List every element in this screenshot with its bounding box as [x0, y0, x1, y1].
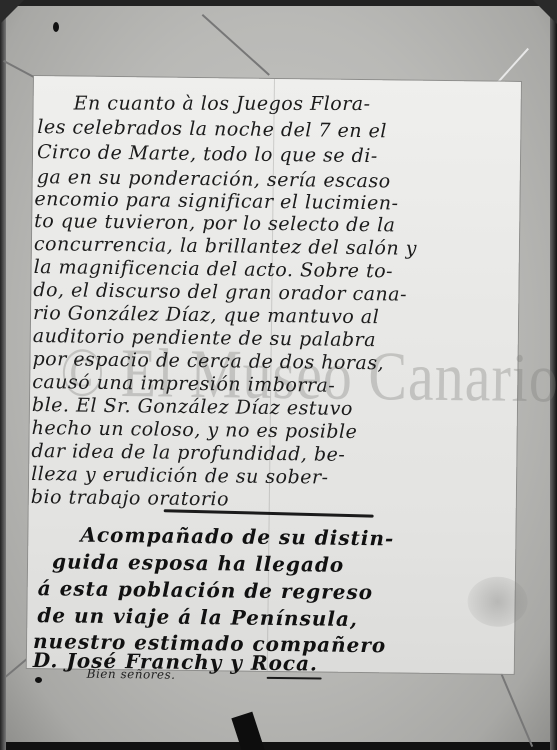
text-line: to que tuvieron, por lo selecto de la — [34, 210, 396, 236]
text-line: hecho un coloso, y no es posible — [32, 417, 358, 443]
text-line: bio trabajo oratorio — [31, 486, 229, 510]
pin-bottom-left — [5, 658, 27, 677]
text-line: auditorio pendiente de su palabra — [33, 325, 376, 351]
ink-blot-bottom — [35, 677, 42, 683]
text-line: por espacio de cerca de dos horas, — [32, 348, 384, 374]
text-line: de un viaje á la Península, — [37, 603, 358, 631]
text-line: á esta población de regreso — [38, 576, 374, 604]
text-line: Circo de Marte, todo lo que se di- — [37, 141, 378, 167]
text-line: rio González Díaz, que mantuvo al — [33, 302, 379, 328]
pin-top-left — [3, 60, 37, 79]
plate-edge-bottom — [0, 742, 557, 750]
text-line: Acompañado de su distin- — [80, 523, 394, 551]
text-line: causó una impresión imborra- — [32, 371, 335, 397]
text-line: la magnificencia del acto. Sobre to- — [34, 256, 394, 282]
text-line: lleza y erudición de su sober- — [31, 463, 329, 489]
plate-edge-left — [0, 0, 6, 750]
text-line: En cuanto à los Juegos Flora- — [74, 92, 371, 115]
pin-top-center — [202, 14, 270, 75]
ink-blot-top — [53, 22, 59, 32]
plate-edge-top — [0, 0, 557, 6]
text-line: les celebrados la noche del 7 en el — [37, 116, 387, 142]
manuscript-sheet: © El Museo Canario En cuanto à los Juego… — [27, 76, 521, 674]
paper-stain — [467, 576, 528, 627]
plate-corner-top-left — [0, 0, 24, 24]
margin-annotation: Bien señores. — [87, 667, 176, 682]
text-line: concurrencia, la brillantez del salón y — [34, 233, 417, 260]
text-line: guida esposa ha llegado — [52, 549, 344, 577]
text-line: dar idea de la profundidad, be- — [31, 440, 345, 466]
text-line: do, el discurso del gran orador cana- — [33, 279, 407, 306]
pin-bottom-right — [499, 668, 534, 747]
text-line: ble. El Sr. González Díaz estuvo — [32, 394, 353, 420]
plate-corner-top-right — [533, 0, 557, 24]
